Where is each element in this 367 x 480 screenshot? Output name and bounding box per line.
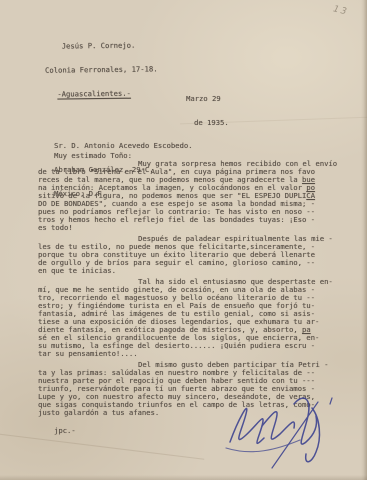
paragraph: Después de paladear espiritualmente las … — [38, 235, 344, 275]
letter-page: 13 Jesús P. Cornejo. Colonia Ferronales,… — [0, 0, 367, 480]
scan-edge-shadow — [0, 475, 367, 480]
recipient-name: Sr. D. Antonio Acevedo Escobedo. — [54, 142, 192, 150]
letter-line: tar su pensamiento!.... — [38, 350, 344, 358]
letter-line: en que te inicias. — [38, 267, 344, 275]
salutation: Muy estimado Toño: — [54, 152, 132, 160]
paper-crease — [0, 433, 204, 460]
signature-ink — [214, 388, 354, 472]
typist-initials: jpc.- — [54, 427, 76, 435]
letter-line: tros y hemos hecho el reflejo fiel de la… — [38, 216, 344, 224]
letter-body: Muy grata sorpresa hemos recibido con el… — [38, 160, 344, 420]
paragraph: Muy grata sorpresa hemos recibido con el… — [38, 160, 344, 232]
scan-edge-shadow — [361, 0, 367, 480]
paragraph: Tal ha sido el entusiasmo que despertast… — [38, 278, 344, 358]
letter-line: es todo! — [38, 224, 344, 232]
date-line-1: Marzo 29 — [186, 95, 229, 103]
sender-address: Colonia Ferronales, 17-18. — [45, 65, 158, 74]
sender-name: Jesús P. Cornejo. — [45, 41, 158, 50]
sender-city: -Aguascalientes.- — [45, 89, 158, 98]
sender-block: Jesús P. Cornejo. Colonia Ferronales, 17… — [44, 25, 158, 114]
corner-page-number-annotation: 13 — [332, 4, 349, 17]
